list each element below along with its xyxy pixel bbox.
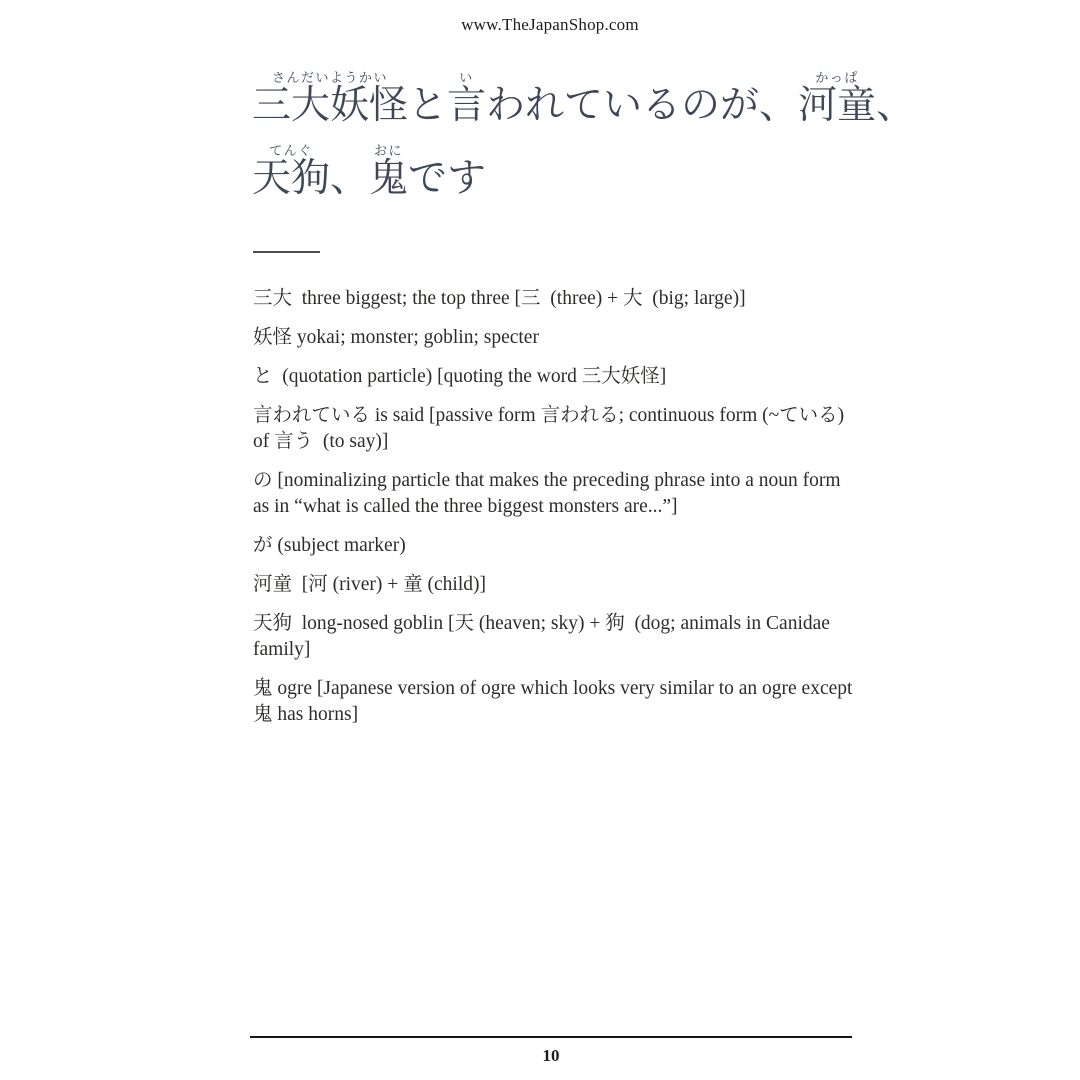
- furigana-text: い: [447, 70, 486, 85]
- vocab-entry: 三大 three biggest; the top three [三 (thre…: [253, 286, 853, 312]
- heading-text-segment: です: [408, 157, 486, 200]
- ruby-annotated-word: 河童かっぱ: [798, 84, 876, 127]
- vocab-entry: と (quotation particle) [quoting the word…: [253, 364, 853, 390]
- heading-text-segment: われているのが、: [486, 84, 798, 127]
- page-header-url: www.TheJapanShop.com: [240, 15, 860, 35]
- vocab-entry: が (subject marker): [253, 533, 853, 559]
- heading-text-segment: 、: [876, 84, 915, 127]
- furigana-text: おに: [369, 143, 408, 158]
- lesson-heading-sentence: 三大妖怪さんだいようかいと言いわれているのが、河童かっぱ、天狗てんぐ、鬼おにです: [252, 70, 932, 216]
- vocab-entry: 河童 [河 (river) + 童 (child)]: [253, 572, 853, 598]
- vocab-entry: 言われている is said [passive form 言われる; conti…: [253, 403, 853, 455]
- furigana-text: てんぐ: [252, 143, 330, 158]
- ruby-annotated-word: 天狗てんぐ: [252, 157, 330, 200]
- heading-line: 三大妖怪さんだいようかいと言いわれているのが、河童かっぱ、: [252, 70, 932, 129]
- vocab-entry: 天狗 long-nosed goblin [天 (heaven; sky) + …: [253, 611, 853, 663]
- furigana-text: さんだいようかい: [252, 70, 408, 85]
- ruby-annotated-word: 三大妖怪さんだいようかい: [252, 84, 408, 127]
- ruby-annotated-word: 言い: [447, 84, 486, 127]
- heading-text-segment: 、: [330, 157, 369, 200]
- vocab-entry: 妖怪 yokai; monster; goblin; specter: [253, 325, 853, 351]
- vocabulary-definitions-list: 三大 three biggest; the top three [三 (thre…: [253, 286, 853, 741]
- vocab-entry: の [nominalizing particle that makes the …: [253, 468, 853, 520]
- vocab-entry: 鬼 ogre [Japanese version of ogre which l…: [253, 676, 853, 728]
- ruby-annotated-word: 鬼おに: [369, 157, 408, 200]
- heading-line: 天狗てんぐ、鬼おにです: [252, 143, 932, 202]
- furigana-text: かっぱ: [798, 70, 876, 85]
- page-number: 10: [250, 1046, 852, 1066]
- heading-text-segment: と: [408, 84, 447, 127]
- footer-rule: [250, 1036, 852, 1038]
- heading-divider-rule: [253, 251, 320, 253]
